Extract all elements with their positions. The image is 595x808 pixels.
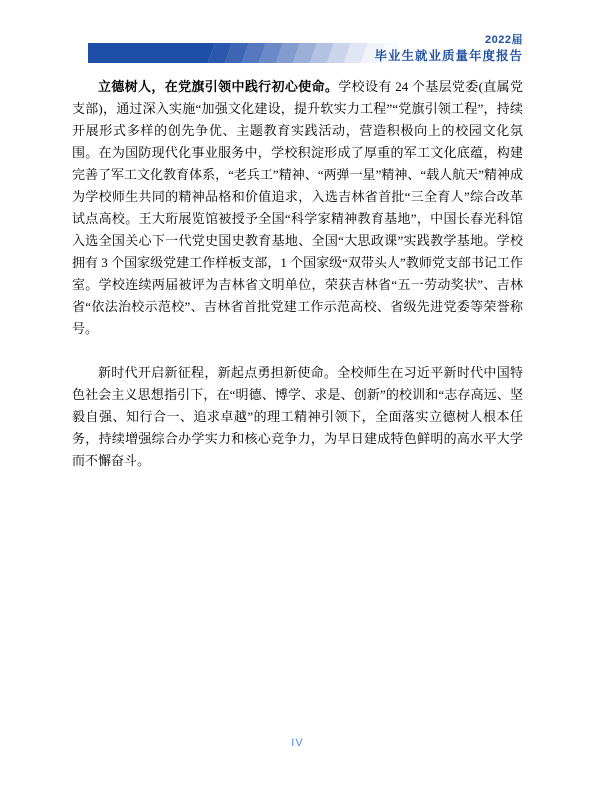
report-year: 2022届: [374, 33, 523, 48]
bar-stripe: [88, 43, 215, 63]
paragraph-1: 立德树人，在党旗引领中践行初心使命。学校设有 24 个基层党委(直属党支部)，通…: [72, 76, 523, 340]
header-gradient-bar: [88, 43, 400, 63]
page-number: IV: [0, 737, 595, 749]
paragraph-1-body: 学校设有 24 个基层党委(直属党支部)，通过深入实施“加强文化建设，提升软实力…: [72, 79, 523, 336]
paragraph-2: 新时代开启新征程，新起点勇担新使命。全校师生在习近平新时代中国特色社会主义思想指…: [72, 362, 523, 472]
document-page: 2022届 毕业生就业质量年度报告 立德树人，在党旗引领中践行初心使命。学校设有…: [0, 0, 595, 808]
header-title: 2022届 毕业生就业质量年度报告: [374, 33, 523, 65]
paragraph-1-lead: 立德树人，在党旗引领中践行初心使命。: [98, 79, 338, 94]
document-body: 立德树人，在党旗引领中践行初心使命。学校设有 24 个基层党委(直属党支部)，通…: [72, 76, 523, 472]
report-title: 毕业生就业质量年度报告: [374, 48, 523, 65]
